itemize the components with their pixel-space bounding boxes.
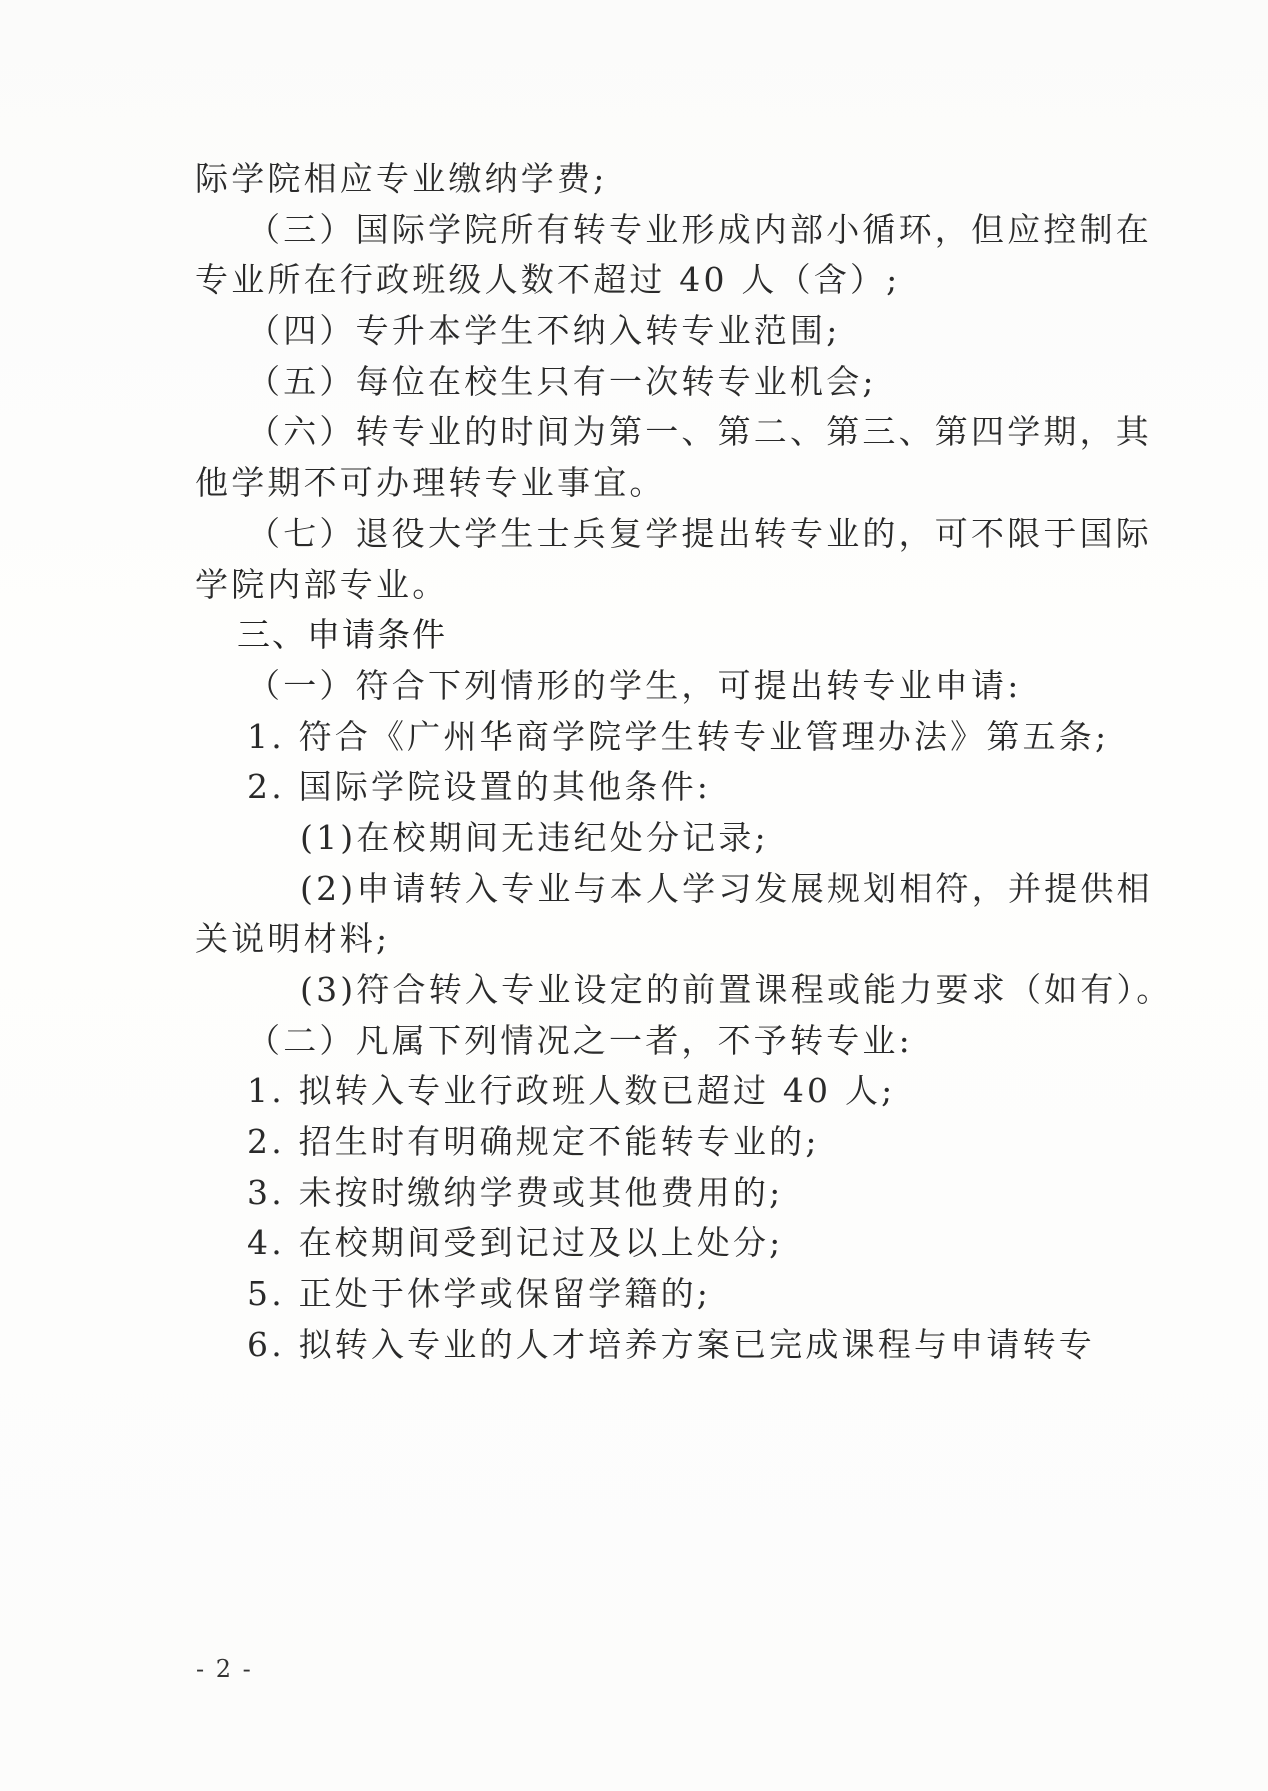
list-item: 2. 国际学院设置的其他条件: xyxy=(195,762,1080,813)
sub-list-item: (2)申请转入专业与本人学习发展规划相符，并提供相 xyxy=(195,864,1080,915)
paragraph-line: （一）符合下列情形的学生，可提出转专业申请: xyxy=(195,661,1080,712)
document-body: 际学院相应专业缴纳学费; （三）国际学院所有转专业形成内部小循环，但应控制在 专… xyxy=(195,154,1080,1371)
list-item: 6. 拟转入专业的人才培养方案已完成课程与申请转专 xyxy=(195,1320,1080,1371)
paragraph-line: （七）退役大学生士兵复学提出转专业的，可不限于国际 xyxy=(195,509,1080,560)
list-item: 5. 正处于休学或保留学籍的; xyxy=(195,1269,1080,1320)
list-item: 2. 招生时有明确规定不能转专业的; xyxy=(195,1117,1080,1168)
paragraph-line: 际学院相应专业缴纳学费; xyxy=(195,154,1080,205)
paragraph-line: 专业所在行政班级人数不超过 40 人（含）; xyxy=(195,255,1080,306)
paragraph-line: （五）每位在校生只有一次转专业机会; xyxy=(195,357,1080,408)
document-page: 际学院相应专业缴纳学费; （三）国际学院所有转专业形成内部小循环，但应控制在 专… xyxy=(0,0,1268,1791)
paragraph-line: （三）国际学院所有转专业形成内部小循环，但应控制在 xyxy=(195,205,1080,256)
list-item: 3. 未按时缴纳学费或其他费用的; xyxy=(195,1168,1080,1219)
list-item: 1. 拟转入专业行政班人数已超过 40 人; xyxy=(195,1066,1080,1117)
paragraph-line: （四）专升本学生不纳入转专业范围; xyxy=(195,306,1080,357)
paragraph-line: 他学期不可办理转专业事宜。 xyxy=(195,458,1080,509)
list-item: 1. 符合《广州华商学院学生转专业管理办法》第五条; xyxy=(195,712,1080,763)
paragraph-line: （六）转专业的时间为第一、第二、第三、第四学期，其 xyxy=(195,407,1080,458)
paragraph-line: （二）凡属下列情况之一者，不予转专业: xyxy=(195,1016,1080,1067)
sub-list-item: (3)符合转入专业设定的前置课程或能力要求（如有）。 xyxy=(195,965,1080,1016)
section-heading: 三、申请条件 xyxy=(195,610,1080,661)
page-number: - 2 - xyxy=(196,1655,253,1683)
list-item: 4. 在校期间受到记过及以上处分; xyxy=(195,1218,1080,1269)
paragraph-line: 关说明材料; xyxy=(195,914,1080,965)
paragraph-line: 学院内部专业。 xyxy=(195,560,1080,611)
sub-list-item: (1)在校期间无违纪处分记录; xyxy=(195,813,1080,864)
